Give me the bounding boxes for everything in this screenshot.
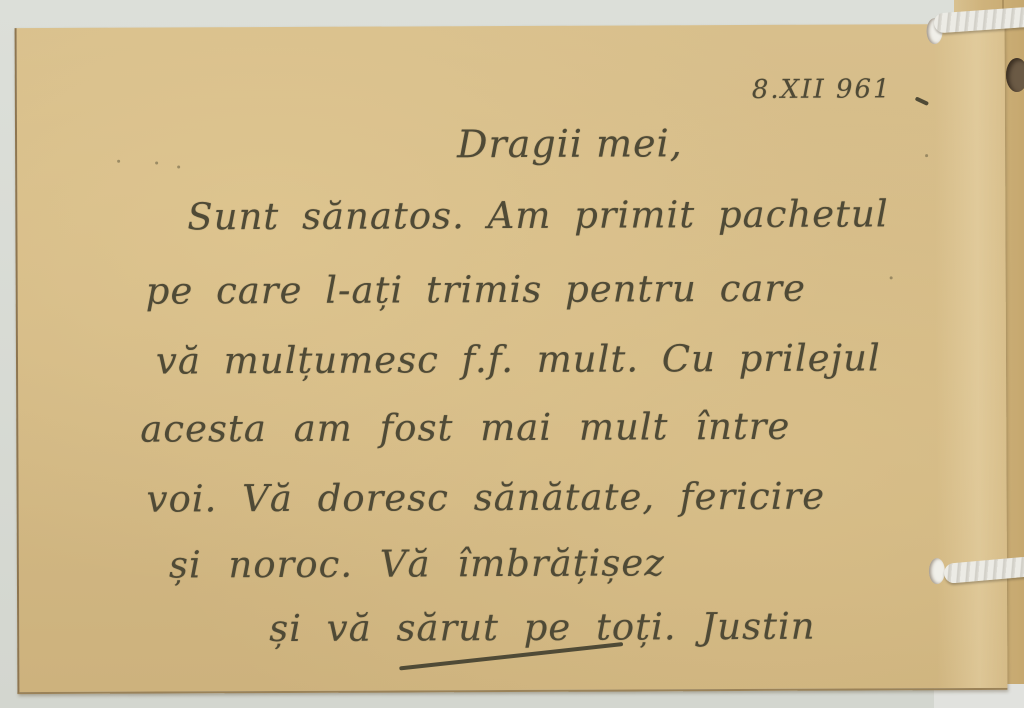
paper-speck	[155, 162, 158, 165]
letter-line-7-signoff: și vă sărut pe toți. Justin	[269, 605, 816, 650]
photo-scene: 8.XII 961 Dragii mei, Sunt sănatos. Am p…	[0, 0, 1024, 708]
paper-speck	[117, 160, 120, 163]
postcard: 8.XII 961 Dragii mei, Sunt sănatos. Am p…	[15, 24, 1008, 694]
binding-hole	[1006, 58, 1024, 92]
letter-line-2: pe care l-ați trimis pentru care	[146, 267, 806, 313]
paper-speck	[925, 154, 928, 157]
binding-hole-bottom	[929, 558, 945, 584]
letter-line-5: voi. Vă doresc sănătate, fericire	[147, 475, 826, 521]
letter-line-6: și noroc. Vă îmbrățișez	[169, 541, 665, 586]
letter-line-1: Sunt sănatos. Am primit pachetul	[187, 192, 888, 238]
paper-speck	[890, 276, 893, 279]
paper-speck	[177, 165, 180, 168]
card-worn-edge	[935, 24, 1008, 688]
letter-line-3: vă mulțumesc f.f. mult. Cu prilejul	[156, 336, 881, 382]
greeting: Dragii mei,	[457, 121, 683, 166]
pencil-mark	[915, 96, 929, 105]
date: 8.XII 961	[752, 74, 892, 105]
letter-line-4: acesta am fost mai mult între	[140, 405, 790, 451]
